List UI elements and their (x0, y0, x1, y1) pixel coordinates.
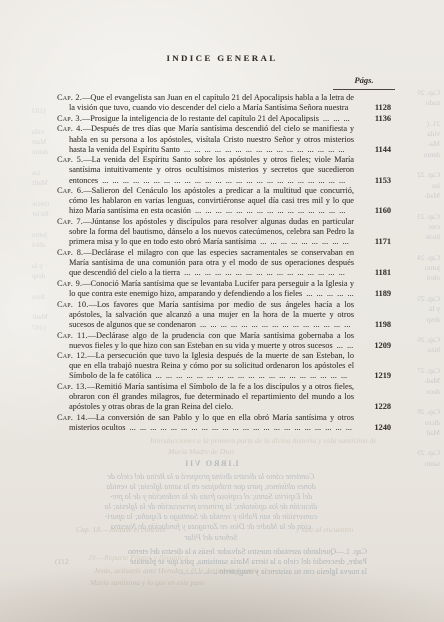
ghost-offset-text: (112 (55, 557, 69, 566)
dot-leader: ... ... ... (319, 114, 350, 123)
index-entry: Cap. 5.—La venida del Espíritu Santo sob… (57, 155, 391, 185)
dot-leader: ... ... ... ... ... ... ... ... ... ... … (196, 320, 350, 329)
page-number: 1181 (356, 268, 391, 278)
verso-bleed-through: LIBRO VII Contiene cómo la diestra divin… (55, 459, 367, 578)
entry-text: —Declárase algo de la prudencia con que … (69, 331, 354, 350)
verso-summary-paragraph: Contiene cómo la diestra divina prosperó… (55, 472, 367, 543)
dot-leader: ... ... ... ... ... (302, 289, 353, 298)
verso-margin-left: (103vidaMarrdemolasMadrcreciehicierjunto… (32, 96, 56, 333)
page-number: 1228 (356, 402, 391, 412)
chapter-label: Cap. 12. (57, 351, 87, 360)
pages-label: Págs. (354, 75, 373, 85)
dot-leader: ... ... ... ... ... ... ... ... ... (256, 237, 349, 246)
index-entries: Cap. 2.—Que el evangelista san Juan en e… (57, 93, 391, 434)
index-entry: Cap. 13.—Remitió María santísima el Símb… (57, 382, 391, 412)
index-entry: Cap. 8.—Declárase el milagro con que las… (57, 248, 391, 278)
chapter-label: Cap. 6. (57, 186, 83, 195)
chapter-label: Cap. 5. (57, 155, 83, 164)
index-entry: Cap. 11.—Declárase algo de la prudencia … (57, 331, 391, 351)
dot-leader: ... ... ... ... ... ... ... ... ... ... … (180, 145, 345, 154)
entry-text: —Que el evangelista san Juan en el capít… (69, 93, 354, 112)
chapter-label: Cap. 10. (57, 300, 89, 309)
ghost-offset-text: Cap. 18.—Júntase el concilio (76, 525, 166, 534)
dot-leader: ... ... ... ... ... ... ... ... ... ... … (191, 206, 345, 215)
dot-leader: ... ... ... ... ... ... ... ... ... ... … (180, 268, 345, 277)
ghost-offset-text: y sale al encuentro (296, 525, 353, 534)
verso-margin-right: Cap. 20nado21. (vidaMa-demoCap. 22lasMad… (394, 88, 440, 469)
verso-book-heading: LIBRO VII (55, 459, 367, 468)
page-number: 1189 (356, 289, 391, 299)
ghost-offset-text: María Madre de Dios (168, 447, 234, 456)
dot-leader: ... ... ... ... ... ... ... ... ... ... … (151, 371, 347, 380)
page-number: 1209 (356, 341, 391, 351)
page-number: 1153 (356, 176, 391, 186)
pages-header-rule (333, 89, 395, 90)
chapter-label: Cap. 13. (57, 382, 87, 391)
entry-text: —Prosigue la inteligencia de lo restante… (82, 114, 319, 123)
page-number: 1136 (356, 114, 391, 124)
entry-text: —Remitió María santísima el Símbolo de l… (69, 382, 354, 411)
chapter-label: Cap. 8. (57, 248, 83, 257)
page-number: 1144 (356, 145, 391, 155)
index-entry: Cap. 4.—Después de tres días que María s… (57, 124, 391, 154)
ghost-offset-text: María santísima y lo que en este paso (90, 578, 205, 587)
scanned-book-page: INDICE GENERAL Págs. Cap. 2.—Que el evan… (0, 0, 444, 622)
ghost-offset-text: Jesús, acúsanle ante Herodes y él le des… (94, 566, 258, 575)
index-entry: Cap. 10.—Los favores que María santísima… (57, 300, 391, 330)
index-entry: Cap. 14.—La conversión de san Pablo y lo… (57, 413, 391, 433)
page-title: INDICE GENERAL (0, 53, 444, 63)
chapter-label: Cap. 4. (57, 124, 83, 133)
chapter-label: Cap. 9. (57, 279, 82, 288)
chapter-label: Cap. 14. (57, 413, 88, 422)
page-number: 1171 (356, 237, 391, 247)
ghost-offset-text: Introducciones a la primera parte de la … (150, 436, 377, 445)
index-entry: Cap. 12.—La persecución que tuvo la Igle… (57, 351, 391, 381)
page-number: 1219 (356, 371, 391, 381)
verso-chapter-entry: Cap. 1.—Quedando asentado nuestro Salvad… (55, 547, 367, 578)
index-entry: Cap. 7.—Júntanse los apóstoles y discípu… (57, 217, 391, 247)
dot-leader: ... ... ... ... ... ... ... ... ... ... … (125, 423, 352, 432)
page-number: 1128 (356, 103, 391, 113)
chapter-label: Cap. 3. (57, 114, 82, 123)
ghost-offset-text: 19.—Reparte Pilatos y llévanle a (88, 553, 189, 562)
chapter-label: Cap. 2. (57, 93, 82, 102)
index-entry: Cap. 3.—Prosigue la inteligencia de lo r… (57, 114, 391, 124)
index-entry: Cap. 2.—Que el evangelista san Juan en e… (57, 93, 391, 113)
chapter-label: Cap. 11. (57, 331, 88, 340)
index-entry: Cap. 9.—Conoció María santísima que se l… (57, 279, 391, 299)
page-number: 1160 (356, 206, 391, 216)
dot-leader: ... ... ... ... ... ... ... ... ... ... … (98, 176, 345, 185)
dot-leader: ... ... (333, 341, 354, 350)
chapter-label: Cap. 7. (57, 217, 83, 226)
page-number: 1198 (356, 320, 391, 330)
page-number: 1240 (356, 423, 391, 433)
index-entry: Cap. 6.—Salieron del Cenáculo los apósto… (57, 186, 391, 216)
pages-column-header: Págs. (333, 70, 395, 90)
